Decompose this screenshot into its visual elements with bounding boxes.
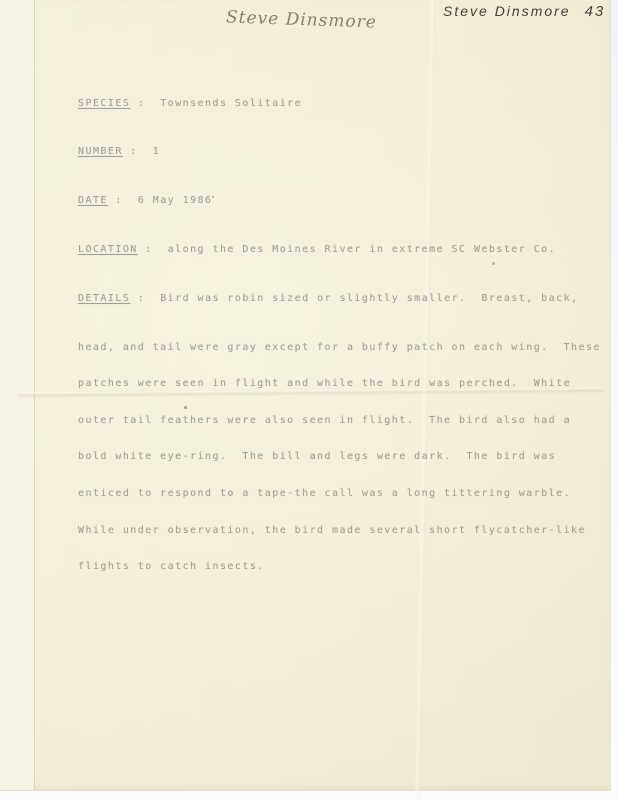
- details-line: enticed to respond to a tape-the call wa…: [78, 488, 601, 500]
- handwritten-annotation: Steve Dinsmore43: [443, 3, 605, 20]
- details-line: flights to catch insects.: [78, 561, 601, 573]
- details-line: bold white eye-ring. The bill and legs w…: [78, 451, 601, 463]
- document-scan: Steve Dinsmore Steve Dinsmore43 SPECIES …: [0, 0, 618, 800]
- field-label-date: DATE: [78, 195, 108, 206]
- handwritten-signature: Steve Dinsmore: [226, 7, 377, 32]
- field-separator: :: [138, 244, 168, 255]
- field-value-date: 6 May 1986: [138, 195, 213, 206]
- field-separator: :: [108, 195, 138, 206]
- field-value-number: 1: [153, 146, 160, 157]
- details-line: While under observation, the bird made s…: [78, 525, 601, 537]
- field-details: DETAILS : Bird was robin sized or slight…: [78, 293, 601, 305]
- field-value-species: Townsends Solitaire: [160, 98, 302, 109]
- details-line: patches were seen in flight and while th…: [78, 378, 601, 390]
- details-line: outer tail feathers were also seen in fl…: [78, 415, 601, 427]
- field-separator: :: [130, 293, 160, 304]
- field-label-species: SPECIES: [78, 98, 130, 109]
- details-line: head, and tail were gray except for a bu…: [78, 342, 601, 354]
- field-number: NUMBER : 1: [78, 146, 601, 158]
- field-species: SPECIES : Townsends Solitaire: [78, 98, 601, 110]
- field-date: DATE : 6 May 1986: [78, 195, 601, 207]
- field-label-location: LOCATION: [78, 244, 138, 255]
- typed-report: SPECIES : Townsends Solitaire NUMBER : 1…: [78, 61, 601, 610]
- annotation-observer-name: Steve Dinsmore: [443, 3, 571, 19]
- field-label-number: NUMBER: [78, 146, 123, 157]
- field-location: LOCATION : along the Des Moines River in…: [78, 244, 601, 256]
- paper-sheet: Steve Dinsmore Steve Dinsmore43 SPECIES …: [0, 0, 611, 791]
- field-value-location: along the Des Moines River in extreme SC…: [168, 244, 556, 255]
- field-value-details: Bird was robin sized or slightly smaller…: [160, 293, 578, 304]
- annotation-number: 43: [585, 3, 606, 20]
- field-label-details: DETAILS: [78, 293, 130, 304]
- field-separator: :: [130, 98, 160, 109]
- field-separator: :: [123, 146, 153, 157]
